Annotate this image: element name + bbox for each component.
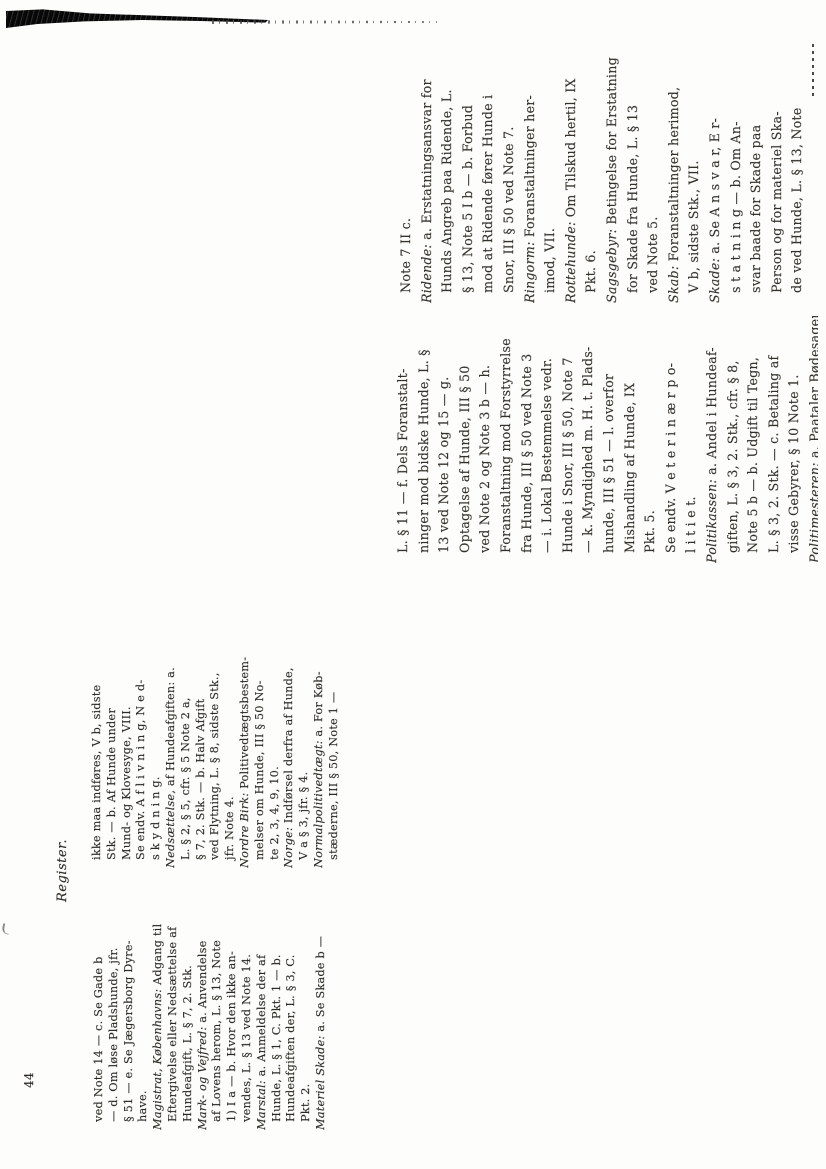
- register-line: ved Note 14 — c. Se Gade b: [92, 882, 107, 1130]
- page-45-fragment: L. § 11 — f. Dels Foranstalt-ninger mod …: [388, 53, 818, 563]
- register-line: Se endv. V e t e r i n æ r p o-: [661, 316, 682, 563]
- register-line: Magistrat, Københavns: Adgang til: [151, 882, 166, 1130]
- register-line: Rottehunde: Om Tilskud hertil, IX: [561, 53, 582, 303]
- register-line: l i t i e t.: [681, 316, 702, 563]
- register-line: Foranstaltning mod Forstyrrelse: [496, 316, 517, 563]
- register-line: jfr. Note 4.: [223, 615, 238, 868]
- register-line: Note 7 II c.: [396, 53, 417, 303]
- running-title: Register.: [56, 839, 71, 902]
- register-line: Mund- og Klovesyge, VIII.: [120, 615, 135, 868]
- register-line: Pkt. 5.: [640, 316, 661, 563]
- register-line: Pkt. 2.: [299, 882, 314, 1130]
- register-line: ved Flytning, L. § 8, sidste Stk.,: [208, 615, 223, 868]
- register-line: Materiel Skade: a. Se Skade b —: [314, 882, 329, 1130]
- register-line: Ringorm: Foranstaltninger her-: [520, 53, 541, 303]
- register-line: § 7, 2. Stk. — b. Halv Afgift: [194, 615, 209, 868]
- register-line: Hunde, L. § 1, C. Pkt. 1 — b.: [270, 882, 285, 1130]
- page-44-rotated-content: 44 Register. ved Note 14 — c. Se Gade b—…: [12, 615, 346, 1130]
- register-line: af Lovens herom, L. § 13, Note: [210, 882, 225, 1130]
- register-line: Hunde i Snor, III § 50, Note 7: [558, 316, 579, 563]
- register-line: § 51 — e. Se Jægersborg Dyre-: [122, 882, 137, 1130]
- register-line: have.: [136, 882, 151, 1130]
- register-line: Hundeafgiften der, L. § 3, C.: [284, 882, 299, 1130]
- register-line: L. § 2, § 5, cfr. § 5 Note 2 a,: [179, 615, 194, 868]
- register-line: s t a t n i n g — b. Om An-: [726, 53, 747, 303]
- register-line: Skab: Foranstaltninger herimod,: [664, 53, 685, 303]
- register-line: Se endv. A f l i v n i n g, N e d-: [134, 615, 149, 868]
- page-45-rotated-content: L. § 11 — f. Dels Foranstalt-ninger mod …: [388, 53, 818, 563]
- register-line: Pkt. 6.: [581, 53, 602, 303]
- register-line: Normalpolitivedtægt: a. For Køb-: [312, 615, 327, 868]
- register-line: Nedsættelse, af Hundeafgiften: a.: [164, 615, 179, 868]
- register-line: ved Note 2 og Note 3 b — h.: [475, 316, 496, 563]
- register-line: — k. Myndighed m. H. t. Plads-: [578, 316, 599, 563]
- register-line: Norge: Indførsel derfra af Hunde,: [282, 615, 297, 868]
- page-44-right-column: ikke maa indføres, V b, sidsteStk. — b. …: [90, 615, 342, 868]
- register-line: fra Hunde, III § 50 ved Note 3: [517, 316, 538, 563]
- page-number: 44: [22, 1072, 37, 1088]
- register-line: Politimesteren: a. Paataler Bødesager,: [805, 316, 818, 563]
- register-line: mod at Ridende fører Hunde i: [478, 53, 499, 303]
- register-line: Politikassen: a. Andel i Hundeaf-: [702, 316, 723, 563]
- register-line: Sagsgebyr: Betingelse for Erstatning: [602, 53, 623, 303]
- scanned-register-page: L. § 11 — f. Dels Foranstalt-ninger mod …: [0, 0, 826, 1169]
- scanner-edge-smudge-artifact: [6, 9, 268, 29]
- register-line: Eftergivelse eller Nedsættelse af: [166, 882, 181, 1130]
- register-line: de ved Hunde, L. § 13, Note: [787, 53, 808, 303]
- register-line: melser om Hunde, III § 50 No-: [253, 615, 268, 868]
- register-line: ved Note 5.: [643, 53, 664, 303]
- register-line: Mark- og Vejfred: a. Anvendelse: [196, 882, 211, 1130]
- register-line: — d. Om løse Pladshunde, jfr.: [107, 882, 122, 1130]
- register-line: Mishandling af Hunde, IX: [620, 316, 641, 563]
- register-line: Nordre Birk: Politivedtægtsbestem-: [238, 615, 253, 868]
- register-line: L. § 11 — f. Dels Foranstalt-: [393, 316, 414, 563]
- page-44-left-column: ved Note 14 — c. Se Gade b— d. Om løse P…: [90, 882, 342, 1130]
- page-44-fragment: 44 Register. ved Note 14 — c. Se Gade b—…: [12, 615, 346, 1135]
- register-line: ikke maa indføres, V b, sidste: [90, 615, 105, 868]
- register-line: imod, VII.: [540, 53, 561, 303]
- register-line: vendes, L. § 13 ved Note 14.: [240, 882, 255, 1130]
- scanner-dots-artifact: [212, 20, 437, 24]
- register-line: 1) I a — b. Hvor den ikke an-: [225, 882, 240, 1130]
- register-line: Skade: a. Se A n s v a r, E r-: [705, 53, 726, 303]
- register-line: Note 5 b — b. Udgift til Tegn,: [743, 316, 764, 563]
- register-line: Marstal: a. Anmeldelse der af: [255, 882, 270, 1130]
- register-line: svar baade for Skade paa: [746, 53, 767, 303]
- register-line: giften, L. § 3, 2. Stk., cfr. § 8,: [723, 316, 744, 563]
- register-line: Person og for materiel Ska-: [767, 53, 788, 303]
- register-line: Snor, III § 50 ved Note 7.: [499, 53, 520, 303]
- register-line: Hundeafgift, L. § 7, 2. Stk.: [181, 882, 196, 1130]
- register-line: § 13, Note 5 I b — b. Forbud: [458, 53, 479, 303]
- register-line: Ridende: a. Erstatningsansvar for: [417, 53, 438, 303]
- page-45-right-column: Note 7 II c.Ridende: a. Erstatningsansva…: [388, 53, 818, 303]
- register-line: Stk. — b. Af Hunde under: [105, 615, 120, 868]
- register-line: stæderne, III § 50, Note 1 —: [327, 615, 342, 868]
- register-line: visse Gebyrer, § 10 Note 1.: [784, 316, 805, 563]
- register-line: ninger mod bidske Hunde, L. §: [414, 316, 435, 563]
- register-line: V b, sidste Stk., VII.: [684, 53, 705, 303]
- register-line: — i. Lokal Bestemmelse vedr.: [537, 316, 558, 563]
- margin-stray-mark: [1, 923, 11, 935]
- register-line: s k y d n i n g.: [149, 615, 164, 868]
- register-line: te 2, 3, 4, 9, 10.: [268, 615, 283, 868]
- register-line: for Skade fra Hunde, L. § 13: [623, 53, 644, 303]
- register-line: 13 ved Note 12 og 15 — g.: [434, 316, 455, 563]
- register-line: V a § 3, jfr. § 4.: [297, 615, 312, 868]
- page-45-left-column: L. § 11 — f. Dels Foranstalt-ninger mod …: [388, 316, 818, 563]
- register-line: hunde, III § 51 — l. overfor: [599, 316, 620, 563]
- register-line: Optagelse af Hunde, III § 50: [455, 316, 476, 563]
- register-line: L. § 3, 2. Stk. — c. Betaling af: [764, 316, 785, 563]
- register-line: Hunds Angreb paa Ridende, L.: [437, 53, 458, 303]
